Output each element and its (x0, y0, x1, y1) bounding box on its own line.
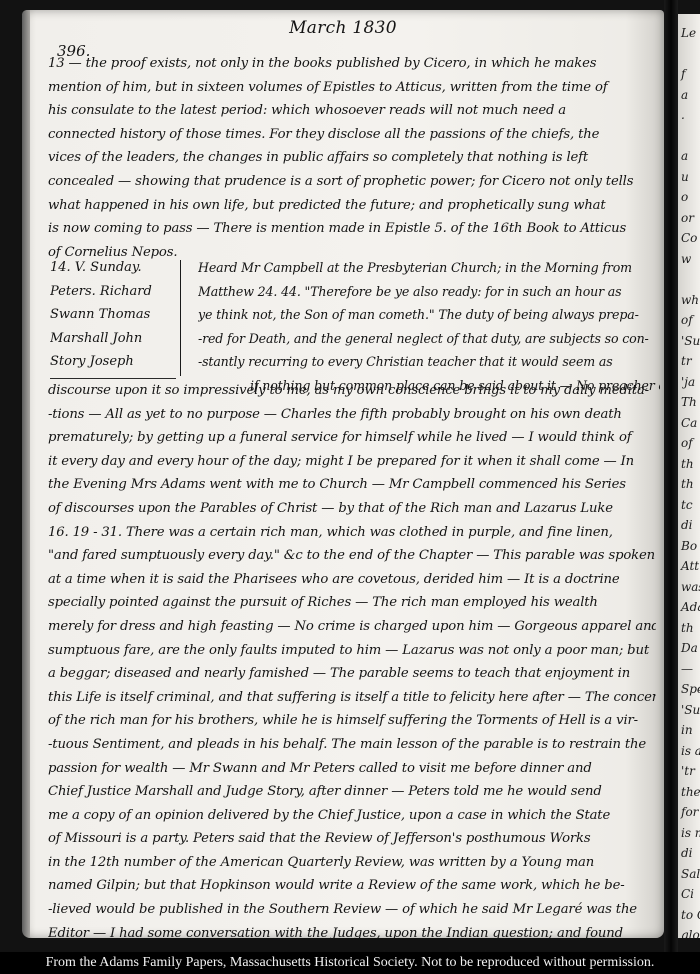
page-heading-date: March 1830 (22, 18, 664, 38)
adjacent-page-fragment: tc (681, 494, 700, 515)
adjacent-page-fragment: is m (681, 822, 700, 843)
margin-note-date: 14. V. Sunday. (50, 256, 176, 280)
manuscript-line: sumptuous fare, are the only faults impu… (48, 639, 656, 663)
adjacent-page-fragment: Da (681, 637, 700, 658)
manuscript-line: Matthew 24. 44. "Therefore be ye also re… (198, 280, 660, 304)
manuscript-line: what happened in his own life, but predi… (48, 194, 656, 218)
manuscript-line: -lieved would be published in the Southe… (48, 898, 656, 922)
adjacent-page-fragment: to C (681, 904, 700, 925)
manuscript-line: it every day and every hour of the day; … (48, 450, 656, 474)
margin-note-name: Swann Thomas (50, 303, 176, 327)
adjacent-page-fragment: is a (681, 740, 700, 761)
adjacent-page-fragment: of (681, 432, 700, 453)
book-gutter (664, 0, 678, 952)
adjacent-page-fragment: 'Su (681, 330, 700, 351)
adjacent-page-fragment: di (681, 842, 700, 863)
adjacent-page-fragment: . (681, 104, 700, 125)
manuscript-line: "and fared sumptuously every day." &c to… (48, 544, 656, 568)
manuscript-line: mention of him, but in sixteen volumes o… (48, 76, 656, 100)
copyright-caption: From the Adams Family Papers, Massachuse… (0, 952, 700, 974)
manuscript-line: this Life is itself criminal, and that s… (48, 686, 656, 710)
adjacent-page-fragment: tr (681, 350, 700, 371)
adjacent-page-fragments: Lefa.auoorCowwhof'Sutr'jaThCaofththtcdiB… (678, 14, 700, 938)
adjacent-page-fragment (681, 268, 700, 289)
manuscript-line: named Gilpin; but that Hopkinson would w… (48, 874, 656, 898)
adjacent-page-fragment: di (681, 514, 700, 535)
manuscript-line: in the 12th number of the American Quart… (48, 851, 656, 875)
manuscript-line: of the rich man for his brothers, while … (48, 709, 656, 733)
adjacent-page-fragment: was (681, 576, 700, 597)
adjacent-page-fragment: Th (681, 391, 700, 412)
manuscript-page-right-edge: Lefa.auoorCowwhof'Sutr'jaThCaofththtcdiB… (678, 14, 700, 938)
manuscript-scan: 396. March 1830 13 — the proof exists, n… (0, 0, 700, 952)
manuscript-line: at a time when it is said the Pharisees … (48, 568, 656, 592)
manuscript-line: prematurely; by getting up a funeral ser… (48, 426, 656, 450)
manuscript-line: of discourses upon the Parables of Chris… (48, 497, 656, 521)
adjacent-page-fragment: or (681, 207, 700, 228)
manuscript-line: ye think not, the Son of man cometh." Th… (198, 303, 660, 327)
adjacent-page-fragment: Ca (681, 412, 700, 433)
adjacent-page-fragment: Bo (681, 535, 700, 556)
manuscript-line: Chief Justice Marshall and Judge Story, … (48, 780, 656, 804)
entry-bracketed-text: Heard Mr Campbell at the Presbyterian Ch… (198, 256, 660, 398)
adjacent-page-fragment: o (681, 186, 700, 207)
margin-note-name: Story Joseph (50, 350, 176, 374)
adjacent-page-fragment: for (681, 801, 700, 822)
adjacent-page-fragment: a (681, 145, 700, 166)
manuscript-line: the Evening Mrs Adams went with me to Ch… (48, 473, 656, 497)
manuscript-line: is now coming to pass — There is mention… (48, 217, 656, 241)
adjacent-page-fragment (681, 43, 700, 64)
adjacent-page-fragment: Spe (681, 678, 700, 699)
adjacent-page-fragment: th (681, 453, 700, 474)
adjacent-page-fragment: of (681, 309, 700, 330)
manuscript-line: discourse upon it so impressively to me,… (48, 379, 656, 403)
adjacent-page-fragment: Ada (681, 596, 700, 617)
adjacent-page-fragment: 'tr (681, 760, 700, 781)
adjacent-page-fragment: the (681, 781, 700, 802)
adjacent-page-fragment: Sal (681, 863, 700, 884)
adjacent-page-fragment: w (681, 248, 700, 269)
manuscript-line: -red for Death, and the general neglect … (198, 327, 660, 351)
manuscript-page-left: 396. March 1830 13 — the proof exists, n… (22, 10, 664, 938)
adjacent-page-fragment (681, 125, 700, 146)
adjacent-page-fragment: 'Su (681, 699, 700, 720)
manuscript-line: 13 — the proof exists, not only in the b… (48, 52, 656, 76)
manuscript-line: of Missouri is a party. Peters said that… (48, 827, 656, 851)
manuscript-line: concealed — showing that prudence is a s… (48, 170, 656, 194)
adjacent-page-fragment: in (681, 719, 700, 740)
adjacent-page-fragment: Att (681, 555, 700, 576)
margin-note-visitors: 14. V. Sunday. Peters. Richard Swann Tho… (50, 256, 176, 379)
manuscript-line: connected history of those times. For th… (48, 123, 656, 147)
adjacent-page-fragment: u (681, 166, 700, 187)
manuscript-line: passion for wealth — Mr Swann and Mr Pet… (48, 757, 656, 781)
manuscript-line: Heard Mr Campbell at the Presbyterian Ch… (198, 256, 660, 280)
manuscript-line: a beggar; diseased and nearly famished —… (48, 662, 656, 686)
adjacent-page-fragment: a (681, 84, 700, 105)
margin-note-name: Marshall John (50, 327, 176, 351)
adjacent-page-fragment: Le (681, 22, 700, 43)
entry-body-text: discourse upon it so impressively to me,… (48, 379, 656, 969)
manuscript-line: -stantly recurring to every Christian te… (198, 350, 660, 374)
manuscript-line: vices of the leaders, the changes in pub… (48, 146, 656, 170)
adjacent-page-fragment: 'ja (681, 371, 700, 392)
margin-note-name: Peters. Richard (50, 280, 176, 304)
adjacent-page-fragment: th (681, 473, 700, 494)
adjacent-page-fragment: glo (681, 924, 700, 938)
adjacent-page-fragment: — (681, 658, 700, 679)
manuscript-line: specially pointed against the pursuit of… (48, 591, 656, 615)
adjacent-page-fragment: f (681, 63, 700, 84)
manuscript-line: -tions — All as yet to no purpose — Char… (48, 403, 656, 427)
adjacent-page-fragment: th (681, 617, 700, 638)
margin-bracket-divider (180, 260, 185, 376)
adjacent-page-fragment: wh (681, 289, 700, 310)
manuscript-line: Editor — I had some conversation with th… (48, 922, 656, 946)
manuscript-line: 16. 19 - 31. There was a certain rich ma… (48, 521, 656, 545)
adjacent-page-fragment: Ci (681, 883, 700, 904)
manuscript-line: me a copy of an opinion delivered by the… (48, 804, 656, 828)
opening-paragraph: 13 — the proof exists, not only in the b… (48, 52, 656, 264)
manuscript-line: -tuous Sentiment, and pleads in his beha… (48, 733, 656, 757)
adjacent-page-fragment: Co (681, 227, 700, 248)
manuscript-line: his consulate to the latest period: whic… (48, 99, 656, 123)
manuscript-line: merely for dress and high feasting — No … (48, 615, 656, 639)
